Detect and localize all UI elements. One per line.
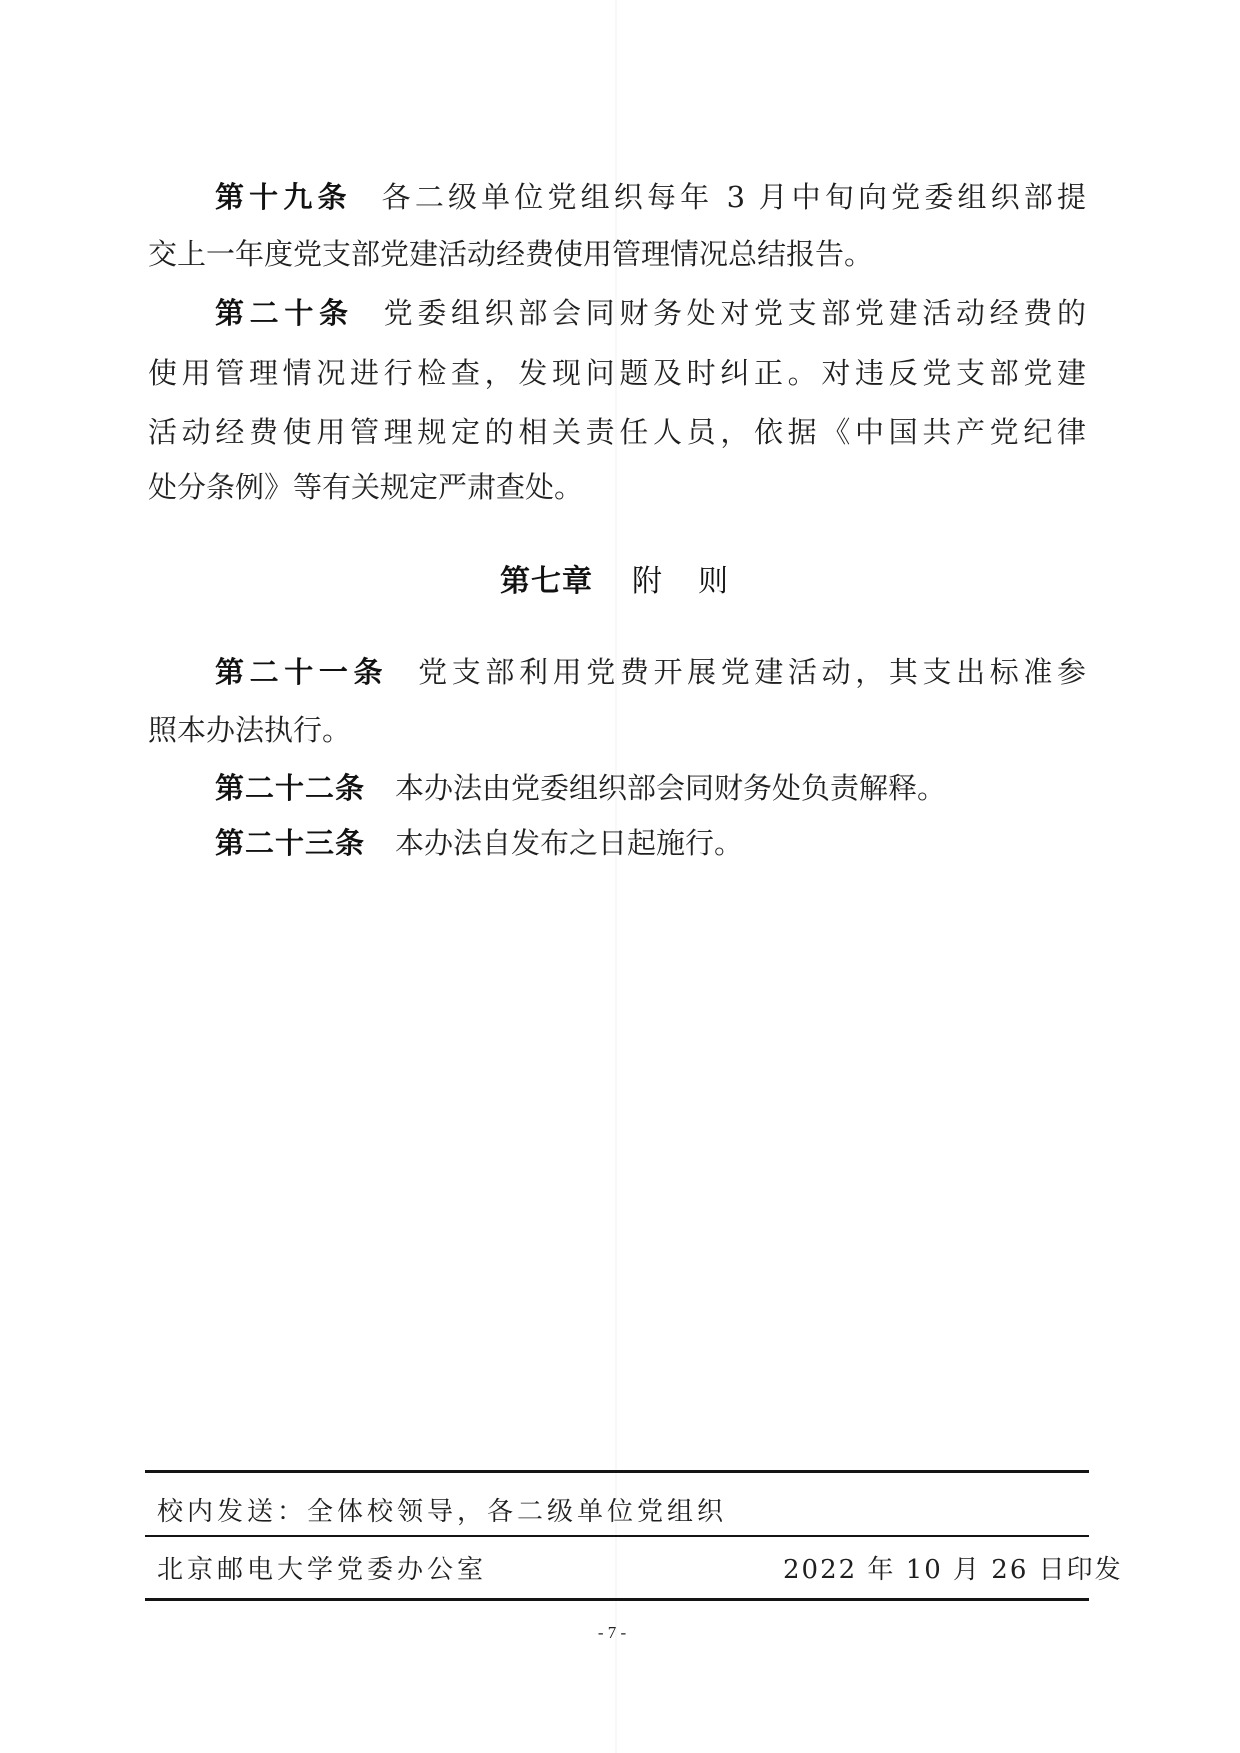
article-23-line-1: 第二十三条本办法自发布之日起施行。 <box>215 814 1086 872</box>
article-22-line-1: 第二十二条本办法由党委组织部会同财务处负责解释。 <box>215 759 1086 817</box>
article-23-text-1: 本办法自发布之日起施行。 <box>395 826 743 860</box>
article-20-text-1: 党委组织部会同财务处对党支部党建活动经费的 <box>384 296 1086 330</box>
article-19-text-1: 各二级单位党组织每年 3 月中旬向党委组织部提 <box>382 180 1086 214</box>
footer-rule-bottom <box>145 1598 1089 1601</box>
article-19-heading: 第十九条 <box>215 180 352 214</box>
issuer-name: 北京邮电大学党委办公室 <box>157 1550 487 1590</box>
article-22-heading: 第二十二条 <box>215 771 365 805</box>
article-21-text-1: 党支部利用党费开展党建活动，其支出标准参 <box>418 655 1086 689</box>
article-21-heading: 第二十一条 <box>215 655 388 689</box>
chapter-heading: 第七章 附 则 <box>500 553 736 611</box>
footer-rule-middle <box>145 1535 1089 1537</box>
article-19-line-2: 交上一年度党支部党建活动经费使用管理情况总结报告。 <box>148 225 1086 283</box>
article-20-line-4: 处分条例》等有关规定严肃查处。 <box>148 458 1086 516</box>
chapter-title-char-1: 附 <box>632 553 662 611</box>
footer-rule-top <box>145 1470 1089 1473</box>
article-20-line-3: 活动经费使用管理规定的相关责任人员，依据《中国共产党纪律 <box>148 403 1086 461</box>
issue-date: 2022 年 10 月 26 日印发 <box>783 1550 1123 1590</box>
article-22-text-1: 本办法由党委组织部会同财务处负责解释。 <box>395 771 946 805</box>
article-21-line-2: 照本办法执行。 <box>148 701 1086 759</box>
article-23-heading: 第二十三条 <box>215 826 365 860</box>
article-20-line-2: 使用管理情况进行检查，发现问题及时纠正。对违反党支部党建 <box>148 344 1086 402</box>
page-number: - 7 - <box>580 1621 644 1645</box>
article-20-line-1: 第二十条党委组织部会同财务处对党支部党建活动经费的 <box>215 284 1086 342</box>
chapter-number: 第七章 <box>500 564 593 599</box>
document-page: 第十九条各二级单位党组织每年 3 月中旬向党委组织部提 交上一年度党支部党建活动… <box>0 0 1240 1753</box>
chapter-title-char-2: 则 <box>698 553 728 611</box>
article-21-line-1: 第二十一条党支部利用党费开展党建活动，其支出标准参 <box>215 643 1086 701</box>
article-20-heading: 第二十条 <box>215 296 354 330</box>
article-19-line-1: 第十九条各二级单位党组织每年 3 月中旬向党委组织部提 <box>215 168 1086 226</box>
distribution-line: 校内发送：全体校领导，各二级单位党组织 <box>157 1492 727 1532</box>
